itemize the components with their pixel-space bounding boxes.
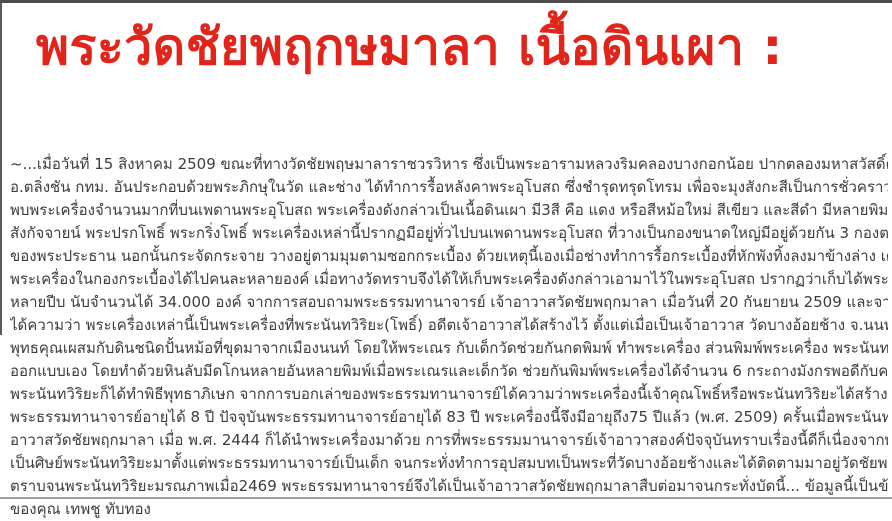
paragraph-line: ตราบจนพระนันทวิริยะมรณภาพเมื่อ2469 พระธร… xyxy=(10,475,888,498)
article-body: ~...เมื่อวันที่ 15 สิงหาคม 2509 ขณะที่ทา… xyxy=(10,153,888,521)
paragraph-line: พระเครื่องในกองกระเบื้องได้ไปคนละหลายองค… xyxy=(10,268,888,291)
paragraph-line: พระธรรมทานาจารย์อายุได้ 8 ปี ปัจจุบันพระ… xyxy=(10,406,888,429)
paragraph-line: ~...เมื่อวันที่ 15 สิงหาคม 2509 ขณะที่ทา… xyxy=(10,153,888,176)
paragraph-line: อาวาสวัดชัยพฤกมาลา เมื่อ พ.ศ. 2444 ก็ได้… xyxy=(10,429,888,452)
paragraph-line: อ.ตลิ่งชัน กทม. อันประกอบด้วยพระภิกษุในว… xyxy=(10,176,888,199)
paragraph-line: ได้ความว่า พระเครื่องเหล่านี้เป็นพระเครื… xyxy=(10,314,888,337)
paragraph-line: ของพระประธาน นอกนั้นกระจัดกระจาย วางอยู่… xyxy=(10,245,888,268)
paragraph-line: สังกัจจายน์ พระปรกโพธิ์ พระกริ่งโพธิ์ พร… xyxy=(10,222,888,245)
paragraph-line: เป็นศิษย์พระนันทวิริยะมาตั้งแต่พระธรรมทา… xyxy=(10,452,888,475)
paragraph-line: ออกแบบเอง โดยทำด้วยหินลับมีดโกนหลายอันหล… xyxy=(10,360,888,383)
page-title: พระวัดชัยพฤกษมาลา เนื้อดินเผา : xyxy=(0,3,892,75)
article-page: พระวัดชัยพฤกษมาลา เนื้อดินเผา : ~...เมื่… xyxy=(0,0,892,521)
bottom-divider xyxy=(0,497,892,499)
paragraph-line: พบพระเครื่องจำนวนมากที่บนเพดานพระอุโบสถ … xyxy=(10,199,888,222)
paragraph-line: พุทธคุณเผสมกับดินชนิดปั้นหม้อที่ขุดมาจาก… xyxy=(10,337,888,360)
paragraph-line: พระนันทวิริยะก็ได้ทำพิธีพุทธาภิเษก จากกา… xyxy=(10,383,888,406)
paragraph-line: ของคุณ เทพชู ทับทอง xyxy=(10,498,888,521)
left-frame-border xyxy=(0,3,2,335)
paragraph-line: หลายปีบ นับจำนวนได้ 34.000 องค์ จากการสอ… xyxy=(10,291,888,314)
